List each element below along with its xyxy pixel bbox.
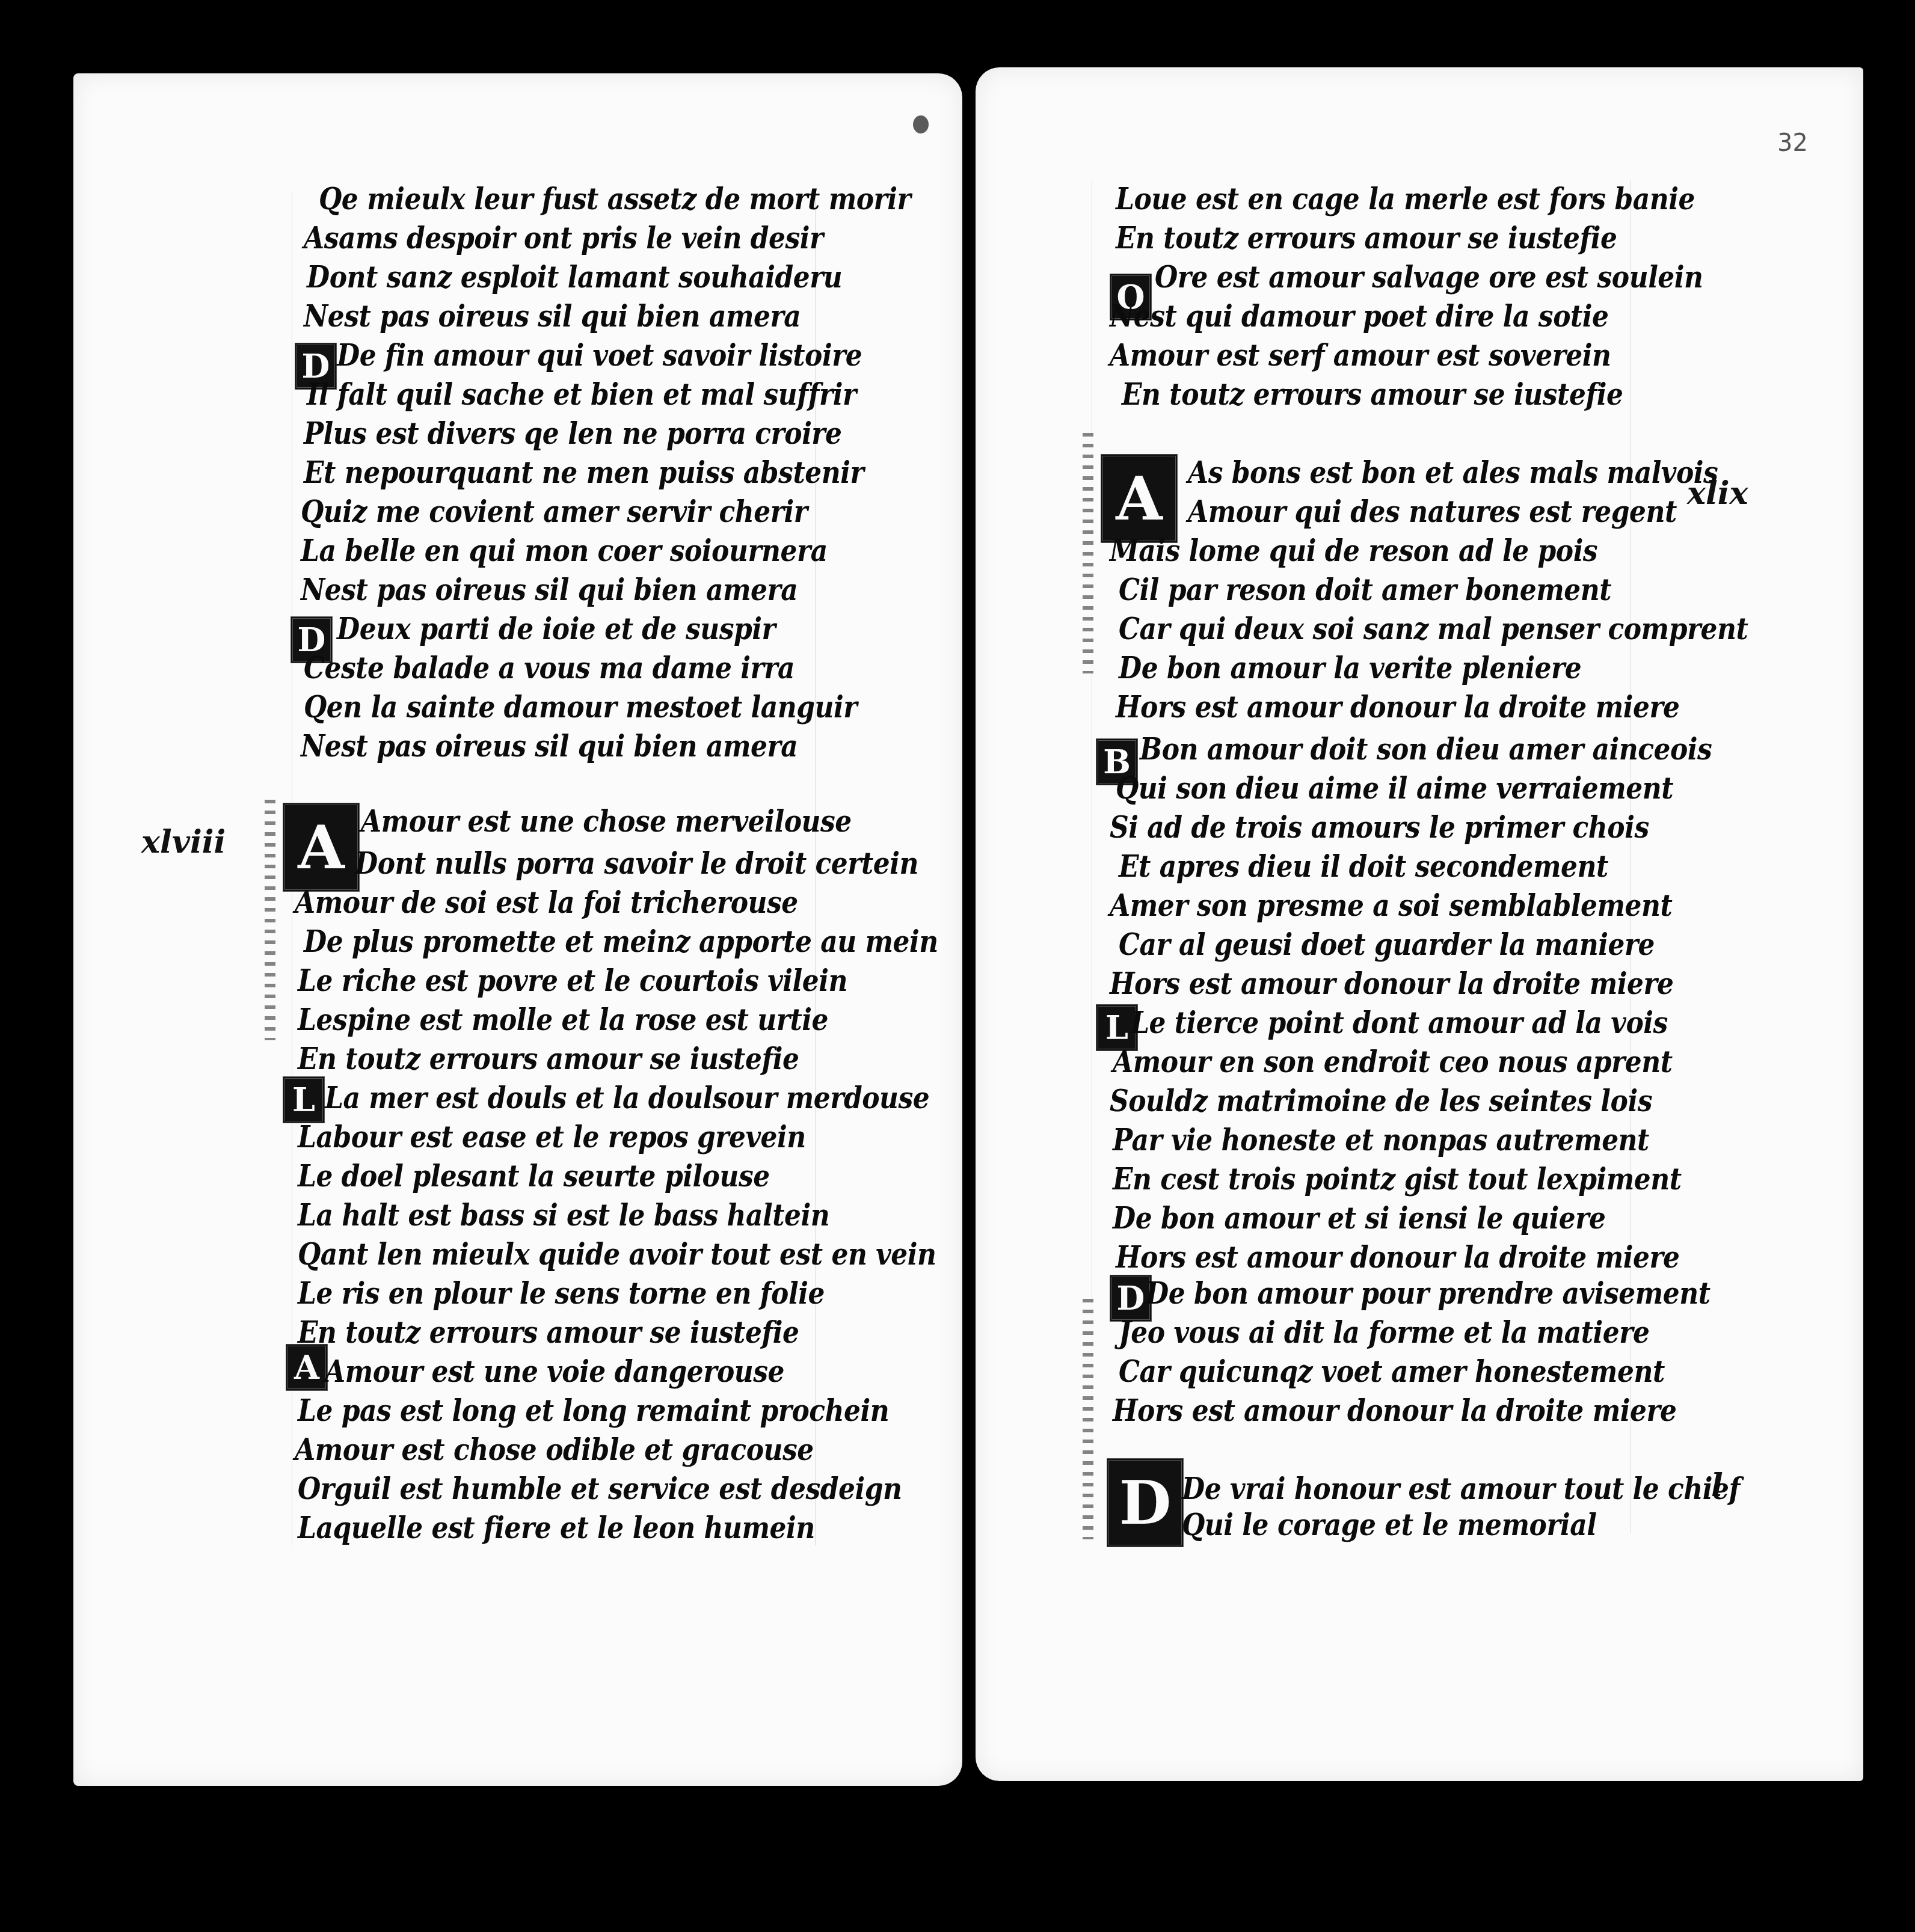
verse-line: Par vie honeste et nonpas autrement [1113, 1123, 1649, 1158]
verse-line: En toutz errours amour se iustefie [1122, 377, 1623, 412]
verse-line: Le doel plesant la seurte pilouse [298, 1159, 770, 1194]
verse-line: Hors est amour donour la droite miere [1116, 690, 1680, 725]
verse-line: En toutz errours amour se iustefie [1116, 221, 1617, 256]
verse-line: Qant len mieulx quide avoir tout est en … [298, 1237, 936, 1272]
verse-line: Le ris en plour le sens torne en folie [298, 1276, 825, 1311]
verse-line: Qui son dieu aime il aime verraiement [1116, 771, 1673, 806]
verse-line: Laquelle est fiere et le leon humein [298, 1510, 815, 1546]
verse-line: Mais lome qui de reson ad le pois [1110, 533, 1597, 569]
verse-line: En toutz errours amour se iustefie [298, 1041, 799, 1077]
verse-line: De plus promette et meinz apporte au mei… [304, 924, 938, 960]
verse-line: Nest pas oireus sil qui bien amera [301, 729, 798, 764]
pen-flourish-border [1083, 1299, 1093, 1539]
pen-flourish-border [265, 800, 275, 1040]
verse-line: Car quicunqz voet amer honestement [1119, 1354, 1665, 1390]
verse-line: Amer son presme a soi semblablement [1110, 888, 1672, 924]
verse-line: Lespine est molle et la rose est urtie [298, 1002, 828, 1038]
verse-line: La mer est douls et la doulsour merdouse [325, 1081, 929, 1116]
verse-line: Amour en son endroit ceo nous aprent [1113, 1044, 1673, 1080]
verse-line: De bon amour et si iensi le quiere [1113, 1201, 1605, 1236]
verse-line: Ceste balade a vous ma dame irra [304, 651, 795, 686]
decorated-initial-a: A [1101, 454, 1178, 543]
verse-line: Si ad de trois amours le primer chois [1110, 810, 1649, 845]
verse-line: As bons est bon et ales mals malvois [1188, 455, 1718, 491]
verse-line: Qui le corage et le memorial [1182, 1507, 1597, 1543]
verse-line: Car qui deux soi sanz mal penser compren… [1119, 612, 1748, 647]
verse-line: De bon amour la verite pleniere [1119, 651, 1581, 686]
verse-line: La halt est bass si est le bass haltein [298, 1198, 829, 1233]
verse-line: Et apres dieu il doit secondement [1119, 849, 1608, 885]
verse-line: Plus est divers qe len ne porra croire [304, 416, 842, 452]
verse-line: Amour de soi est la foi tricherouse [295, 885, 798, 921]
pen-flourish-border [1083, 433, 1093, 673]
verse-line: De vrai honour est amour tout le chief [1182, 1471, 1740, 1507]
verse-line: Hors est amour donour la droite miere [1110, 966, 1674, 1002]
decorated-initial-a: A [283, 803, 360, 892]
verse-line: Nest pas oireus sil qui bien amera [304, 299, 801, 334]
verse-line: Cil par reson doit amer bonement [1119, 572, 1611, 608]
verse-line: Souldz matrimoine de les seintes lois [1110, 1084, 1652, 1119]
verse-line: De bon amour pour prendre avisement [1146, 1276, 1711, 1311]
verse-line: Nest qui damour poet dire la sotie [1110, 299, 1609, 334]
verse-line: Labour est ease et le repos grevein [298, 1120, 806, 1155]
verse-line: Quiz me covient amer servir cherir [301, 494, 807, 530]
verse-line: Il falt quil sache et bien et mal suffri… [307, 377, 856, 412]
verse-line: Et nepourquant ne men puiss abstenir [304, 455, 864, 491]
decorated-initial-d: D [1107, 1458, 1184, 1547]
verse-line: Le riche est povre et le courtois vilein [298, 963, 847, 999]
verse-line: Amour est serf amour est soverein [1110, 338, 1611, 373]
verse-line: En toutz errours amour se iustefie [298, 1315, 799, 1351]
verse-line: Ore est amour salvage ore est soulein [1155, 260, 1703, 295]
verse-line: Qen la sainte damour mestoet languir [304, 690, 857, 725]
verse-line: Dont sanz esploit lamant souhaideru [307, 260, 842, 295]
verse-line: Qe mieulx leur fust assetz de mort morir [319, 182, 911, 217]
verse-line: Amour est une chose merveilouse [361, 804, 852, 839]
left-margin-numeral: xlviii [141, 824, 226, 860]
decorated-initial-l: L [283, 1076, 325, 1123]
verse-line: Hors est amour donour la droite miere [1113, 1393, 1677, 1429]
verse-line: Amour est une voie dangerouse [325, 1354, 784, 1390]
verse-line: Car al geusi doet guarder la maniere [1119, 927, 1655, 963]
book-gutter [962, 102, 976, 1786]
verse-line: Orguil est humble et service est desdeig… [298, 1471, 902, 1507]
decorated-initial-a: A [286, 1344, 328, 1391]
verse-line: Hors est amour donour la droite miere [1116, 1240, 1680, 1275]
verse-line: Bon amour doit son dieu amer ainceois [1140, 732, 1712, 767]
verse-line: De fin amour qui voet savoir listoire [337, 338, 862, 373]
verse-line: Dont nulls porra savoir le droit certein [355, 846, 918, 882]
verse-line: Loue est en cage la merle est fors banie [1116, 182, 1695, 217]
verse-line: En cest trois pointz gist tout lexpiment [1113, 1162, 1682, 1197]
verse-line: Nest pas oireus sil qui bien amera [301, 572, 798, 608]
verse-line: Deux parti de ioie et de suspir [337, 612, 775, 647]
folio-number: 32 [1777, 129, 1808, 157]
verse-line: Asams despoir ont pris le vein desir [304, 221, 823, 256]
verse-line: Le tierce point dont amour ad la vois [1131, 1005, 1668, 1041]
verse-line: Amour qui des natures est regent [1188, 494, 1677, 530]
verse-line: Jeo vous ai dit la forme et la matiere [1119, 1315, 1649, 1351]
verse-line: Le pas est long et long remaint prochein [298, 1393, 889, 1429]
verse-line: Amour est chose odible et gracouse [295, 1432, 814, 1468]
verse-line: La belle en qui mon coer soiournera [301, 533, 828, 569]
ink-blot [913, 115, 929, 133]
